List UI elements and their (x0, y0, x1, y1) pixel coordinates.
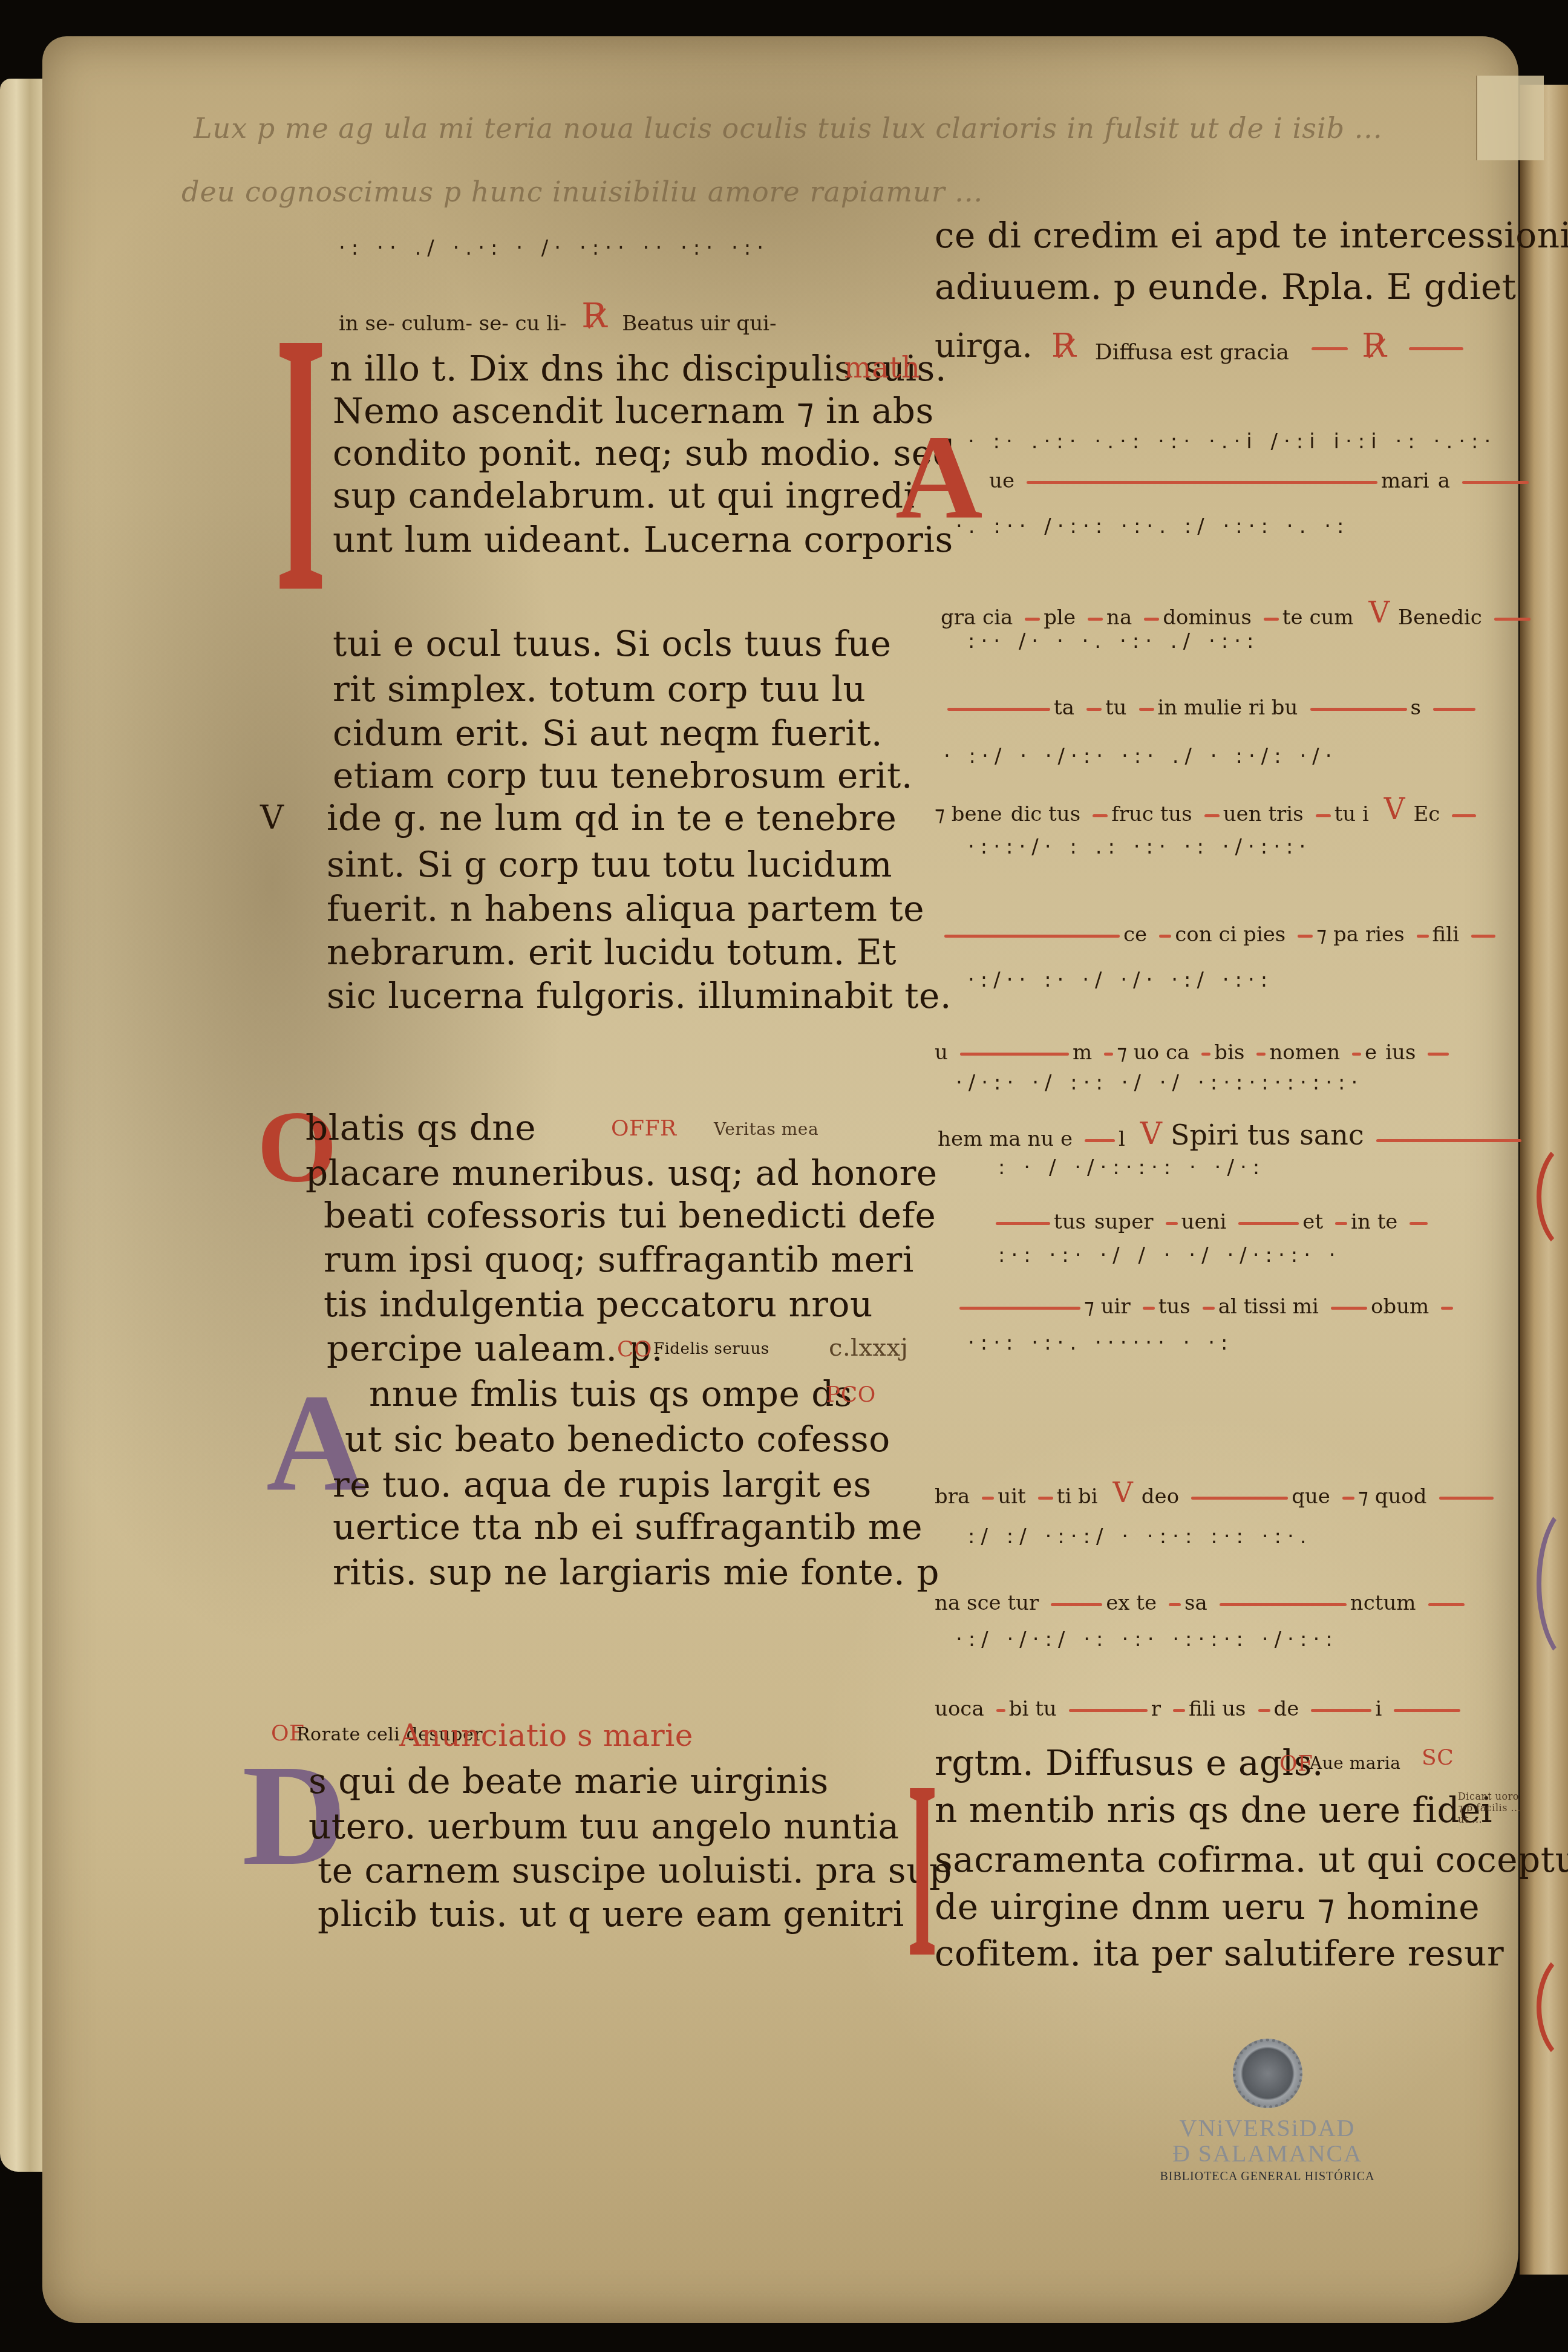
text-line: plicib tuis. ut q uere eam genitri (318, 1893, 904, 1935)
chant-text-line: cecon ci pies⁊ pa riesfili (941, 923, 1499, 949)
top-margin-note: Lux p me ag ula mi teria noua lucis ocul… (194, 112, 1383, 145)
text-line: cidum erit. Si aut neqm fuerit. (333, 713, 883, 754)
chant-text-line: in se- culum- se- cu li- R̷ Beatus uir q… (339, 296, 785, 323)
chant-text-line: um⁊ uo cabisnomeneius (935, 1040, 1452, 1067)
text-line: cofitem. ita per salutifere resur (935, 1933, 1504, 1974)
chant-text-line: hem ma nu el VSpiri tus sanc (938, 1116, 1525, 1143)
secreta-rubric: SC (1422, 1745, 1454, 1770)
neume-row: :·: ·:· ·/ / · ·/ ·/·:·:· · (998, 1243, 1342, 1279)
chant-text-line: tatuin mulie ri bus (944, 696, 1479, 722)
postcommunion-rubric: PCO (826, 1382, 876, 1407)
versicle-icon: V (1113, 1476, 1133, 1509)
responsory-icon: R̷ (581, 296, 607, 336)
versicle-icon: V (1368, 596, 1390, 630)
text-line: fuerit. n habens aliqua partem te (327, 888, 924, 929)
text-line: ut sic beato benedicto cofesso (345, 1419, 890, 1460)
neume-row: ·: ·· ./ ·.·: · /· ·:·· ·· ·:· ·:· (339, 236, 769, 272)
text-line: nnue fmlis tuis qs ompe ds (369, 1373, 852, 1414)
text-line: blatis qs dne (305, 1107, 536, 1148)
text-line: tui e ocul tuus. Si ocls tuus fue (333, 623, 892, 664)
text-line: te carnem suscipe uoluisti. pra sup (318, 1850, 952, 1891)
neume-row: ·:·:·/· : .: ·:· ·: ·/·:·:· (968, 835, 1312, 871)
text-line: placare muneribus. usq; ad honore (305, 1152, 938, 1194)
neume-row: · :· .·:· ·.·: ·:· ·.·i /·:i i·:i ·: ·.·… (968, 430, 1497, 466)
text-line: sacramenta cofirma. ut qui coceptum (935, 1839, 1568, 1880)
responsory-icon: R̷ (1051, 327, 1076, 365)
chant-text-line: uocabi turfili usdei (935, 1697, 1464, 1723)
text-line: rit simplex. totum corp tuu lu (333, 668, 866, 710)
marginal-folio-number: c.lxxxj (829, 1334, 909, 1362)
offertory-rubric: OFFR (611, 1116, 677, 1141)
chant-text-line: brauitti bi Vdeoque⁊ quod (935, 1476, 1497, 1503)
text-line: sint. Si g corp tuu totu lucidum (327, 844, 892, 885)
neume-row: ·:/·· :· ·/ ·/· ·:/ ·:·: (968, 968, 1273, 1004)
initial-letter-I: I (275, 275, 326, 650)
chant-text-line: ⁊ benedic tusfruc tusuen tristu i VEc (935, 792, 1480, 819)
neume-row: ·:·: ·:·. ······ · ·: (968, 1331, 1234, 1367)
text-line: percipe ualeam. p. (327, 1328, 663, 1369)
versicle-icon: V (1384, 792, 1405, 826)
text-line: ritis. sup ne largiaris mie fonte. p (333, 1552, 939, 1593)
text-line: tis indulgentia peccatoru nrou (324, 1284, 873, 1325)
offertory-cue: Aue maria (1310, 1753, 1401, 1773)
margin-mark: V (260, 799, 284, 837)
text-line: ide g. ne lum qd in te e tenebre (327, 797, 897, 838)
neume-row: · :·/ · ·/·:· ·:· ./ · :·/: ·/· (944, 744, 1338, 780)
text-line: de uirgine dnm ueru ⁊ homine (935, 1886, 1480, 1927)
text-line: s qui de beate marie uirginis (309, 1760, 829, 1802)
text-line: sup candelabrum. ut qui ingredi (333, 475, 915, 516)
gradual-line: uirga. R̷ Diffusa est gracia R̷ (935, 327, 1467, 369)
text-line: rgtm. Diffusus e agls. (935, 1742, 1324, 1783)
responsory-icon: R̷ (1362, 327, 1387, 365)
library-watermark: VNiVERSiDAD Đ SALAMANCA BIBLIOTECA GENER… (1131, 2039, 1403, 2184)
offertory-rubric: OF (1279, 1751, 1313, 1776)
text-line: utero. uerbum tuu angelo nuntia (309, 1806, 900, 1847)
neume-row: :·· /· · ·. ·:· ./ ·:·: (968, 629, 1259, 665)
initial-letter-I: I (907, 1742, 937, 1996)
feast-heading: Anunciatio s marie (399, 1718, 693, 1753)
chant-text-line: ⁊ uirtusal tissi miobum (956, 1295, 1457, 1321)
chant-text-line: gra ciaplenadominuste cum VBenedic (941, 596, 1534, 622)
text-line: Nemo ascendit lucernam ⁊ in abs (333, 390, 934, 431)
text-line: sic lucerna fulgoris. illuminabit te. (327, 975, 952, 1016)
top-margin-note: deu cognoscimus p hunc inuisibiliu amore… (181, 175, 983, 208)
neume-row: ·/·:· ·/ :·: ·/ ·/ ·:·:·:·:·:·:· (956, 1071, 1364, 1107)
neume-row: : · / ·/·:·:·: · ·/·: (998, 1155, 1266, 1192)
chant-text-line: na sce turex tesanctum (935, 1591, 1468, 1618)
watermark-line-2: Đ SALAMANCA (1131, 2141, 1403, 2166)
communion-cue: Fidelis seruus (653, 1340, 769, 1358)
chant-text-line: tussuperuenietin te (992, 1210, 1431, 1236)
university-seal-icon (1233, 2039, 1302, 2108)
text-line: re tuo. aqua de rupis largit es (333, 1464, 872, 1505)
margin-rubric: math (844, 351, 920, 385)
versicle-icon: V (1140, 1116, 1162, 1151)
text-line: ce di credim ei apd te intercessionib (935, 215, 1568, 256)
text-line: etiam corp tuu tenebrosum erit. (333, 755, 913, 796)
watermark-line-1: VNiVERSiDAD (1131, 2115, 1403, 2141)
text-line: uertice tta nb ei suffragantib me (333, 1506, 923, 1547)
text-line: rum ipsi quoq; suffragantib meri (324, 1239, 914, 1280)
communion-rubric: CO (617, 1337, 652, 1362)
neume-row: ·. :·· /·:·: ·:·. :/ ·:·: ·. ·: (956, 514, 1350, 550)
neume-row: ·:/ ·/·:/ ·: ·:· ·:·:·: ·/·:·: (956, 1627, 1339, 1664)
text-line: unt lum uideant. Lucerna corporis (333, 519, 953, 560)
text-line: n mentib nris qs dne uere fidei (935, 1789, 1492, 1831)
text-line: condito ponit. neq; sub modio. sed (333, 433, 955, 474)
watermark-line-3: BIBLIOTECA GENERAL HISTÓRICA (1131, 2170, 1403, 2184)
margin-note: Dicant uoro ⁊ p facilis ... ut ... (1458, 1791, 1524, 1825)
text-line: nebrarum. erit lucidu totum. Et (327, 932, 897, 973)
text-line: beati cofessoris tui benedicti defe (324, 1195, 936, 1236)
neume-row: :/ :/ ·:·:/ · ·:·: :·: ·:·. (968, 1524, 1313, 1561)
offertory-cue: Veritas mea (714, 1119, 818, 1139)
chant-text-line: uemaria (989, 469, 1532, 495)
folded-corner (1476, 76, 1544, 160)
text-line: adiuuem. p eunde. Rpla. E gdiet (935, 266, 1517, 307)
